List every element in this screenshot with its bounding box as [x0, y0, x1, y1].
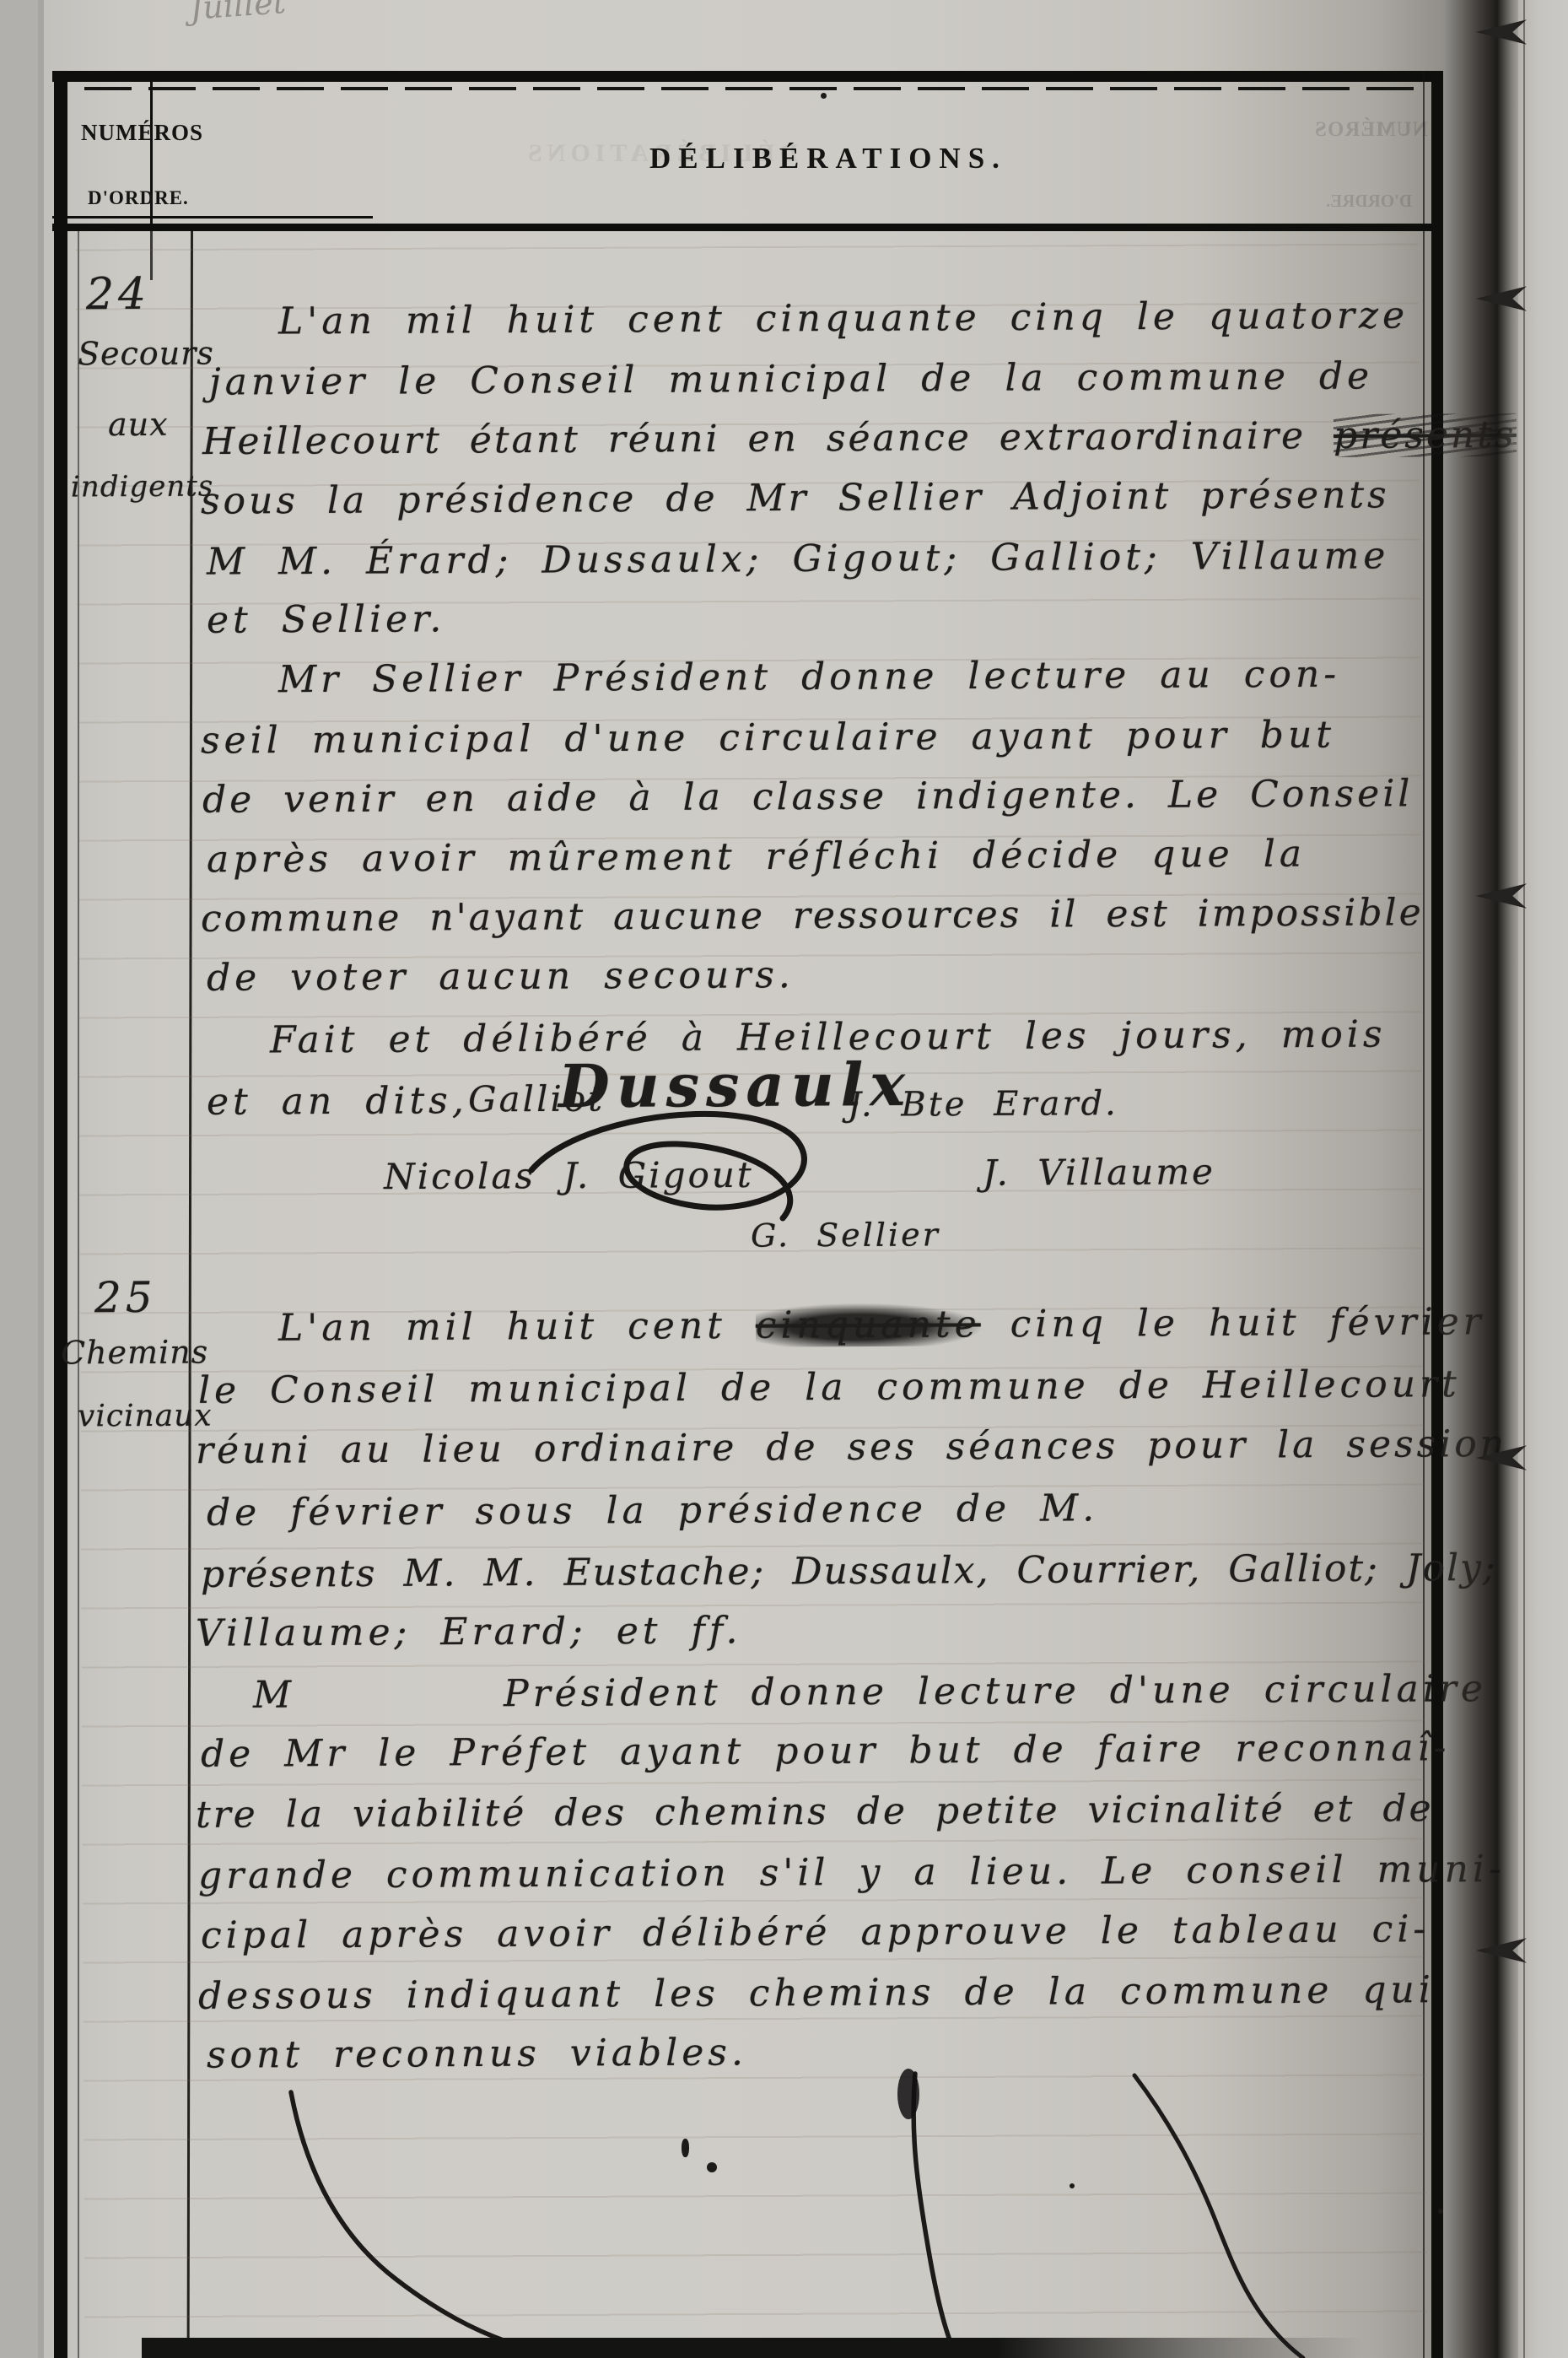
manuscript-line: M M. Érard; Dussaulx; Gigout; Galliot; V… [207, 537, 1390, 582]
entry-number: 25 [94, 1276, 157, 1320]
margin-note-line: Chemins [61, 1336, 208, 1371]
manuscript-line: le Conseil municipal de la commune de He… [198, 1365, 1461, 1411]
signature-flourish [506, 1090, 860, 1233]
manuscript-text: Heillecourt étant réuni en séance extrao… [202, 414, 1306, 463]
bleedthrough-numeros: NUMÉROS [1314, 118, 1428, 142]
register-scan: Juillet NUMÉROS D'ORDRE. DÉLIBÉRATIONS. … [0, 0, 1568, 2358]
signature: J. Bte Erard. [848, 1086, 1118, 1123]
manuscript-line: après avoir mûrement réfléchi décide que… [207, 835, 1306, 880]
manuscript-line: cipal après avoir délibéré approuve le t… [201, 1910, 1430, 1956]
manuscript-text: Président donne lecture d'une circulaire [504, 1667, 1487, 1715]
manuscript-line: de venir en aide à la classe indigente. … [202, 774, 1414, 820]
president-initial: M [253, 1674, 295, 1717]
manuscript-line: de voter aucun secours. [207, 956, 795, 998]
scan-bottom-shadow [142, 2338, 1363, 2358]
page-edge-shadow [38, 0, 44, 2358]
blotted-word: cinquante [756, 1303, 981, 1346]
header-bottom-thin-rule [52, 216, 373, 219]
order-column-label-line1: NUMÉROS [81, 120, 203, 146]
binding-gutter [1444, 0, 1520, 2358]
frame-left-rule [54, 71, 67, 2358]
manuscript-line: dessous indiquant les chemins de la comm… [198, 1971, 1435, 2016]
adjacent-page-crease [1523, 0, 1525, 2358]
manuscript-line: et Sellier. [207, 600, 446, 640]
margin-note-line: indigents [71, 472, 213, 504]
manuscript-line: Heillecourt étant réuni en séance extrao… [202, 416, 1517, 461]
manuscript-line: L'an mil huit cent cinquante cinq le qua… [278, 296, 1409, 341]
signature: J. Villaume [983, 1153, 1215, 1192]
manuscript-line: L'an mil huit cent cinquante cinq le hui… [278, 1303, 1485, 1348]
manuscript-line: de février sous la présidence de M. [207, 1489, 1098, 1533]
manuscript-line: réuni au lieu ordinaire de ses séances p… [196, 1425, 1507, 1470]
manuscript-line: janvier le Conseil municipal de la commu… [209, 357, 1373, 402]
ink-speck [707, 2162, 717, 2172]
adjacent-page [1518, 0, 1568, 2358]
manuscript-line: seil municipal d'une circulaire ayant po… [201, 715, 1335, 760]
bleedthrough-ordre: D'ORDRE. [1326, 191, 1412, 212]
manuscript-text: L'an mil huit cent [278, 1304, 726, 1350]
entry-number: 24 [86, 272, 150, 318]
manuscript-line: sous la présidence de Mr Sellier Adjoint… [201, 476, 1390, 521]
manuscript-line: Villaume; Erard; et ff. [196, 1611, 742, 1654]
ink-speck [682, 2139, 689, 2157]
table-column-strokes [253, 2059, 1350, 2358]
bleedthrough-title: DÉLIBÉRATIONS [523, 139, 798, 168]
manuscript-text: cinq le huit février [1010, 1300, 1485, 1346]
manuscript-line: M Président donne lecture d'une circulai… [253, 1670, 1487, 1715]
order-column-label-line2: D'ORDRE. [88, 187, 189, 209]
ink-speck [1438, 2209, 1443, 2214]
manuscript-line: grande communication s'il y a lieu. Le c… [198, 1850, 1506, 1896]
ink-speck [1070, 2183, 1075, 2188]
ink-speck [821, 93, 827, 99]
margin-note-line: vicinaux [78, 1400, 213, 1433]
frame-top-rule [52, 71, 1442, 82]
manuscript-line: tre la viabilité des chemins de petite v… [196, 1789, 1434, 1835]
manuscript-line: de Mr le Préfet ayant pour but de faire … [201, 1729, 1451, 1774]
margin-note-line: aux [108, 408, 169, 442]
manuscript-line: commune n'ayant aucune ressources il est… [201, 893, 1424, 939]
margin-note-line: Secours [78, 337, 214, 372]
manuscript-line: Mr Sellier Président donne lecture au co… [278, 656, 1340, 700]
header-bottom-rule [52, 224, 1442, 231]
manuscript-line: et an dits, [207, 1082, 468, 1122]
manuscript-line: présents M. M. Eustache; Dussaulx, Courr… [201, 1549, 1497, 1594]
frame-top-dashed-rule [84, 87, 1425, 90]
